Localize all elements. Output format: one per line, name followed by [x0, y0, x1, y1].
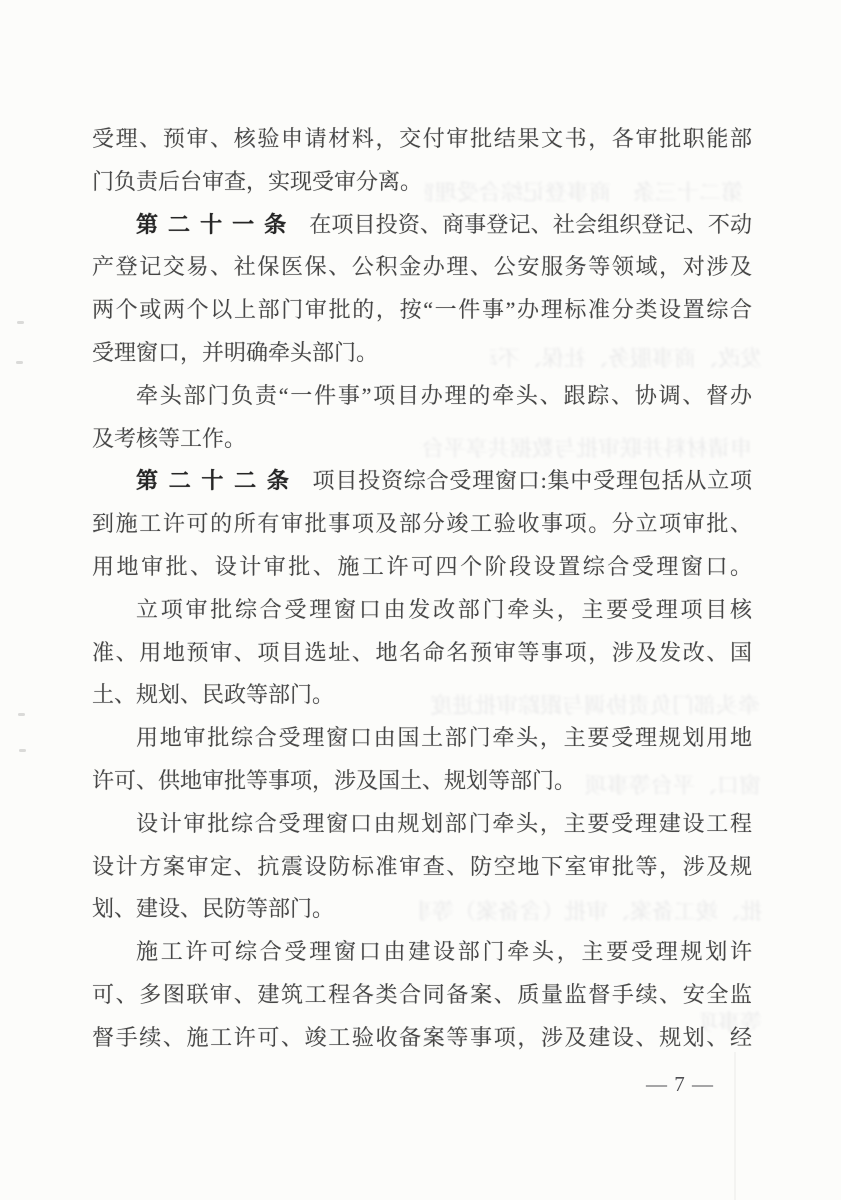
text-line: 土、规划、民政等部门。: [92, 674, 752, 717]
text-line: 施工许可综合受理窗口由建设部门牵头，主要受理规划许: [92, 931, 752, 974]
line-text: 项目投资综合受理窗口:集中受理包括从立项: [313, 468, 752, 493]
text-line: 产登记交易、社保医保、公积金办理、公安服务等领域，对涉及: [92, 246, 752, 289]
document-text: 受理、预审、核验申请材料，交付审批结果文书，各审批职能部门负责后台审查，实现受审…: [92, 118, 752, 1060]
text-line: 许可、供地审批等事项，涉及国土、规划等部门。: [92, 760, 752, 803]
article-heading-line: 第二十一条在项目投资、商事登记、社会组织登记、不动: [92, 204, 752, 247]
text-line: 用地审批综合受理窗口由国土部门牵头，主要受理规划用地: [92, 717, 752, 760]
text-line: 两个或两个以上部门审批的，按“一件事”办理标准分类设置综合: [92, 289, 752, 332]
text-line: 受理窗口，并明确牵头部门。: [92, 332, 752, 375]
text-line: 可、多图联审、建筑工程各类合同备案、质量监督手续、安全监: [92, 974, 752, 1017]
text-line: 设计审批综合受理窗口由规划部门牵头，主要受理建设工程: [92, 803, 752, 846]
text-line: 督手续、施工许可、竣工验收备案等事项，涉及建设、规划、经: [92, 1017, 752, 1060]
article-number: 第二十二条: [136, 468, 300, 493]
scan-speck: [18, 713, 25, 716]
scan-speck: [16, 361, 23, 364]
text-line: 受理、预审、核验申请材料，交付审批结果文书，各审批职能部: [92, 118, 752, 161]
text-line: 牵头部门负责“一件事”项目办理的牵头、跟踪、协调、督办: [92, 375, 752, 418]
line-text: 在项目投资、商事登记、社会组织登记、不动: [309, 212, 752, 237]
text-line: 及考核等工作。: [92, 418, 752, 461]
text-line: 准、用地预审、项目选址、地名命名预审等事项，涉及发改、国: [92, 632, 752, 675]
article-heading-line: 第二十二条项目投资综合受理窗口:集中受理包括从立项: [92, 460, 752, 503]
scanned-document-page: 受理、预审、核验申请材料，交付审批结果文书，各审批职能部门负责后台审查，实现受审…: [0, 0, 841, 1200]
text-line: 划、建设、民防等部门。: [92, 888, 752, 931]
scan-fold-line: [734, 1052, 736, 1200]
text-line: 立项审批综合受理窗口由发改部门牵头，主要受理项目核: [92, 589, 752, 632]
text-line: 设计方案审定、抗震设防标准审查、防空地下室审批等，涉及规: [92, 846, 752, 889]
article-number: 第二十一条: [136, 212, 296, 237]
scan-speck: [19, 749, 26, 752]
text-line: 用地审批、设计审批、施工许可四个阶段设置综合受理窗口。: [92, 546, 752, 589]
scan-speck: [17, 321, 24, 324]
text-line: 到施工许可的所有审批事项及部分竣工验收事项。分立项审批、: [92, 503, 752, 546]
page-number: — 7 —: [646, 1072, 714, 1097]
text-line: 门负责后台审查，实现受审分离。: [92, 161, 752, 204]
